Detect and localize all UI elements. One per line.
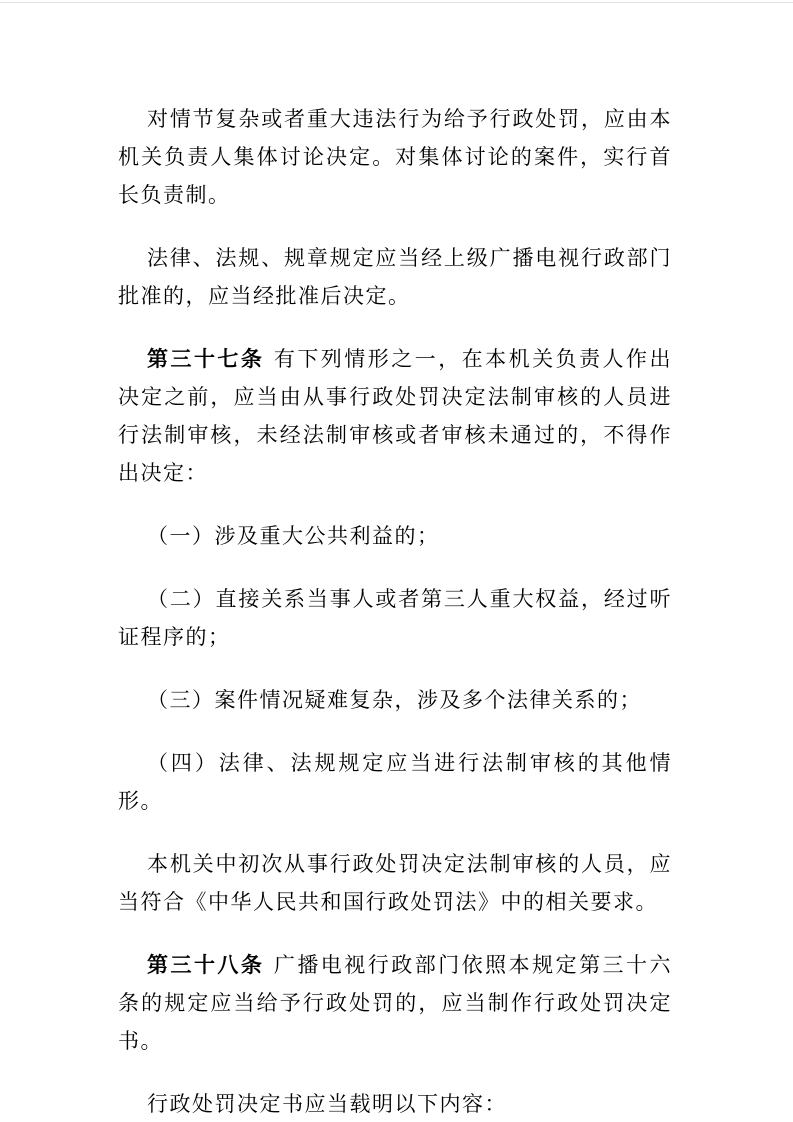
paragraph: 本机关中初次从事行政处罚决定法制审核的人员，应当符合《中华人民共和国行政处罚法》… (118, 845, 672, 921)
paragraph-list-item: （三）案件情况疑难复杂，涉及多个法律关系的； (118, 681, 672, 719)
paragraph-list-item: （四）法律、法规规定应当进行法制审核的其他情形。 (118, 744, 672, 820)
paragraph-text: 对情节复杂或者重大违法行为给予行政处罚，应由本机关负责人集体讨论决定。对集体讨论… (118, 107, 672, 207)
paragraph-text: （三）案件情况疑难复杂，涉及多个法律关系的； (147, 688, 642, 712)
paragraph: 对情节复杂或者重大违法行为给予行政处罚，应由本机关负责人集体讨论决定。对集体讨论… (118, 100, 672, 214)
paragraph: 行政处罚决定书应当载明以下内容： (118, 1085, 672, 1122)
paragraph-text: 行政处罚决定书应当载明以下内容： (147, 1092, 507, 1116)
paragraph: 第三十八条广播电视行政部门依照本规定第三十六条的规定应当给予行政处罚的，应当制作… (118, 946, 672, 1060)
page-top-border (0, 2, 793, 3)
paragraph: 法律、法规、规章规定应当经上级广播电视行政部门批准的，应当经批准后决定。 (118, 239, 672, 315)
paragraph-text: （一）涉及重大公共利益的； (147, 524, 440, 548)
paragraph-text: 本机关中初次从事行政处罚决定法制审核的人员，应当符合《中华人民共和国行政处罚法》… (118, 852, 672, 914)
paragraph: 第三十七条有下列情形之一，在本机关负责人作出决定之前，应当由从事行政处罚决定法制… (118, 340, 672, 492)
paragraph-text: 法律、法规、规章规定应当经上级广播电视行政部门批准的，应当经批准后决定。 (118, 246, 672, 308)
paragraph-text: （二）直接关系当事人或者第三人重大权益，经过听证程序的； (118, 587, 672, 649)
document-page: 对情节复杂或者重大违法行为给予行政处罚，应由本机关负责人集体讨论决定。对集体讨论… (0, 0, 793, 1122)
article-number: 第三十七条 (147, 346, 264, 371)
paragraph-text: （四）法律、法规规定应当进行法制审核的其他情形。 (118, 751, 672, 813)
paragraph-list-item: （二）直接关系当事人或者第三人重大权益，经过听证程序的； (118, 580, 672, 656)
paragraph-list-item: （一）涉及重大公共利益的； (118, 517, 672, 555)
article-number: 第三十八条 (147, 952, 264, 977)
